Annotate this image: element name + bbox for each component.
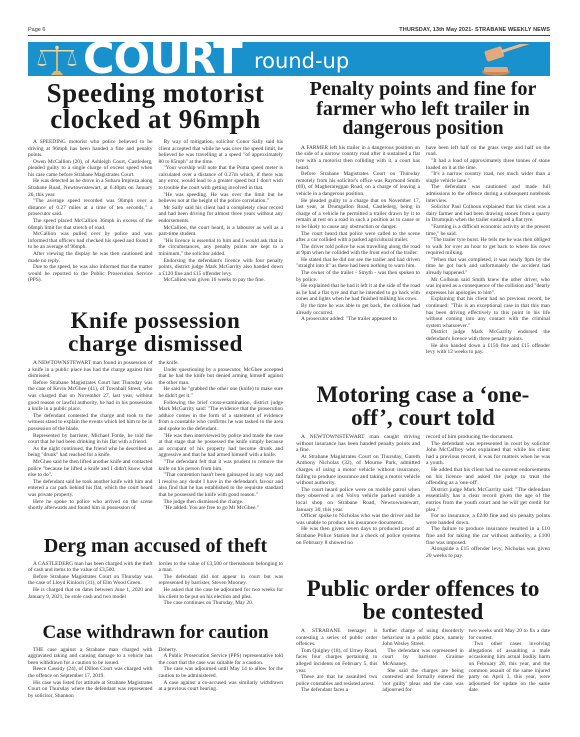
paragraph: Mr Colhoun said Smith knew the other dri… <box>426 277 550 297</box>
paragraph: "He was speeding. He was over the limit … <box>159 192 284 205</box>
paragraph: Explaining that his client had no previo… <box>426 296 550 329</box>
column-2: the knife. Under questioning by a prosec… <box>159 360 284 512</box>
paragraph: Represented by barrister, Michael Forde,… <box>28 433 153 446</box>
paragraph: The defendant was represented in court b… <box>382 648 463 668</box>
scales-of-justice-icon <box>36 44 78 76</box>
gavel-icon <box>478 44 538 76</box>
section-banner: COURT round-up <box>28 42 550 76</box>
paragraph: "It had a load of approximately three to… <box>426 158 550 171</box>
paragraph: the knife. <box>159 360 284 367</box>
article-farmer: Penalty points and fine for farmer who l… <box>296 80 550 356</box>
paragraph: District judge Mark McGarrity endorsed t… <box>426 329 550 342</box>
paragraph: Due to the speed, he was also informed t… <box>28 264 153 284</box>
paragraph: He also handed down a £150 fine and £15 … <box>426 343 550 356</box>
paragraph: "The defendant felt that it was prudent … <box>159 459 284 472</box>
paragraph: Tom Quigley (18), of Urney Road, faces f… <box>296 648 377 674</box>
paragraph: A case against a co-accused was similarl… <box>159 680 284 693</box>
paragraph: The defendant said he took another knife… <box>28 479 153 499</box>
paragraph: McCallion was given 16 weeks to pay the … <box>159 277 284 284</box>
paragraph: He said he "grabbed the other one (knife… <box>159 386 284 399</box>
paragraph: The defendant did not appear in court bu… <box>159 574 284 587</box>
paragraph: A prosecutor added: "The trailer appeare… <box>296 316 420 323</box>
paragraph: The court heard that police were called … <box>296 231 420 244</box>
column-1: THE case against a Strabane man charged … <box>28 647 153 700</box>
paragraph: A CASTLEDERG man has been charged with t… <box>28 561 153 574</box>
paragraph: Mr Sally said his client had a completel… <box>159 205 284 225</box>
dateline: THURSDAY, 13th May 2021- STRABANE WEEKLY… <box>399 27 550 33</box>
paragraph: The failure to produce insurance resulte… <box>426 526 550 546</box>
paragraph: The defendant contested the charge and t… <box>28 413 153 433</box>
column-1: A FARMER left his trailer in a dangerous… <box>296 145 420 356</box>
paragraph: further charge of using disorderly behav… <box>382 628 463 648</box>
paragraph: "His licence is essential to him and I w… <box>159 238 284 258</box>
headline-knife: Knife possession charge dismissed <box>28 310 283 355</box>
paragraph: The driver told police he was travelling… <box>296 244 420 257</box>
paragraph: He was detected as he drove in a Subaru … <box>28 178 153 198</box>
paragraph: His case was listed for attitude at Stra… <box>28 680 153 700</box>
paragraph: Officer spoke to Nicholas who was the dr… <box>296 513 420 526</box>
paragraph: A Public Prosecution Service (PPS) repre… <box>159 653 284 666</box>
paragraph: He explained that he had it left it at t… <box>296 283 420 303</box>
paragraph: After viewing the display he was then ca… <box>28 251 153 264</box>
paragraph: McCallion was pulled over by police and … <box>28 231 153 251</box>
paragraph: The owner of the trailer - Smyth - was t… <box>296 270 420 283</box>
paragraph: He is charged that on dates between June… <box>28 587 153 600</box>
paragraph: "He added: You are free to go Mr McGhee.… <box>159 505 284 512</box>
article-caution: Case withdrawn for caution THE case agai… <box>28 624 283 699</box>
paragraph: He added that his client had no current … <box>426 467 550 487</box>
paragraph: Owen McCallion (20), of Ashleigh Court, … <box>28 159 153 179</box>
paragraph: have been left half on the grass verge a… <box>426 145 550 158</box>
headline-speeding: Speeding motorist clocked at 96mph <box>28 80 283 133</box>
paragraph: two weeks until May 20 to fix a date for… <box>469 628 550 641</box>
page-header: Page 6 THURSDAY, 13th May 2021- STRABANE… <box>28 26 550 36</box>
paragraph: District judge Mark McGarrity said: "The… <box>426 487 550 513</box>
article-public-order: Public order offences to be contested A … <box>296 578 550 694</box>
column-1: A SPEEDING motorist who police believed … <box>28 139 153 284</box>
article-knife: Knife possession charge dismissed A NEWT… <box>28 310 283 512</box>
headline-farmer: Penalty points and fine for farmer who l… <box>296 80 550 139</box>
paragraph: The defendant faces a <box>296 687 377 694</box>
banner-title: COURT <box>83 42 242 76</box>
headline-derg: Derg man accused of theft <box>28 537 283 557</box>
paragraph: As the night continued, the friend who h… <box>28 446 153 459</box>
paragraph: McCallion, the court heard, is a laboure… <box>159 225 284 238</box>
paragraph: Before Strabane Magistrates Court on Thu… <box>296 171 420 197</box>
paragraph: "The average speed recorded was 96mph ov… <box>28 198 153 218</box>
paragraph: Two other cases involving allegations of… <box>469 641 550 694</box>
paragraph: "Farming is a difficult economic activit… <box>426 224 550 237</box>
paragraph: He stated that he did not see the traile… <box>296 257 420 270</box>
headline-motoring: Motoring case a ‘one-off’, court told <box>296 384 550 429</box>
paragraph: A STRABANE teenager is contesting a seri… <box>296 628 377 648</box>
paragraph: A FARMER left his trailer in a dangerous… <box>296 145 420 171</box>
newspaper-page: Page 6 THURSDAY, 13th May 2021- STRABANE… <box>0 0 580 737</box>
paragraph: These are that he assaulted two police c… <box>296 674 377 687</box>
column-1: A CASTLEDERG man has been charged with t… <box>28 561 153 607</box>
paragraph: "He was then interviewed by police and m… <box>159 433 284 459</box>
paragraph: lorries to the value of £3,500 or therea… <box>159 561 284 574</box>
column-1: A NEWTOWNSTEWART man found in possession… <box>28 360 153 512</box>
paragraph: Before Strabane Magistrates Court last T… <box>28 380 153 413</box>
paragraph: Reece Cassidy (24), of Dillon Court was … <box>28 666 153 679</box>
column-3: two weeks until May 20 to fix a date for… <box>469 628 550 694</box>
paragraph: She said the charges are being contested… <box>382 668 463 694</box>
paragraph: He was then given seven days to produced… <box>296 526 420 546</box>
column-2: further charge of using disorderly behav… <box>382 628 463 694</box>
paragraph: The defendant was cautioned and made ful… <box>426 184 550 204</box>
page-number: Page 6 <box>28 27 45 33</box>
paragraph: "It's a narrow country road, not much wi… <box>426 171 550 184</box>
paragraph: A NEWTOWNSTEWART man found in possession… <box>28 360 153 380</box>
paragraph: record of him producing the document. <box>426 434 550 441</box>
paragraph: Before Strabane Magistrates Court on Thu… <box>28 574 153 587</box>
article-speeding: Speeding motorist clocked at 96mph A SPE… <box>28 80 283 284</box>
paragraph: Endorsing the defendant's licence with f… <box>159 258 284 278</box>
paragraph: "The trailer tyre burst. He tells me he … <box>426 237 550 257</box>
paragraph: McGhee said he then lifted another knife… <box>28 459 153 479</box>
column-2: By way of mitigation, solicitor Conor Sa… <box>159 139 284 284</box>
paragraph: Under questioning by a prosecutor, McGhe… <box>159 367 284 387</box>
paragraph: "Your worship will note that the Puma sp… <box>159 165 284 191</box>
paragraph: "When that was completed, it was nearly … <box>426 257 550 277</box>
article-motoring: Motoring case a ‘one-off’, court told A … <box>296 384 550 559</box>
paragraph: The defendant was represented in court b… <box>426 441 550 467</box>
paragraph: The court heard police were on mobile pa… <box>296 487 420 513</box>
column-2: record of him producing the document. Th… <box>426 434 550 559</box>
banner-subtitle: round-up <box>254 47 349 75</box>
paragraph: THE case against a Strabane man charged … <box>28 647 153 667</box>
paragraph: He asked that the case be adjourned for … <box>159 587 284 600</box>
paragraph: Solicitor Paul Colhoun explained that hi… <box>426 204 550 224</box>
column-1: A NEWTOWNSTEWART man caught driving with… <box>296 434 420 559</box>
paragraph: Alongside a £15 offender levy, Nicholas … <box>426 546 550 559</box>
paragraph: A NEWTOWNSTEWART man caught driving with… <box>296 434 420 454</box>
paragraph: A SPEEDING motorist who police believed … <box>28 139 153 159</box>
column-2: lorries to the value of £3,500 or therea… <box>159 561 284 607</box>
column-2: have been left half on the grass verge a… <box>426 145 550 356</box>
paragraph: Here he spoke to police who arrived on t… <box>28 499 153 512</box>
paragraph: He pleaded guilty to a charge that on No… <box>296 198 420 231</box>
article-derg: Derg man accused of theft A CASTLEDERG m… <box>28 537 283 607</box>
headline-public-order: Public order offences to be contested <box>296 578 550 623</box>
paragraph: For no insurance, a £240 fine and six pe… <box>426 513 550 526</box>
column-1: A STRABANE teenager is contesting a seri… <box>296 628 377 694</box>
paragraph: The speed placed McCallion 36mph in exce… <box>28 218 153 231</box>
paragraph: By the time he was able to get back, the… <box>296 303 420 316</box>
paragraph: Following the brief cross-examination, d… <box>159 400 284 433</box>
paragraph: The case continues on Thursday, May 20. <box>159 600 284 607</box>
paragraph: The case was adjourned until May 14 to a… <box>159 666 284 679</box>
paragraph: "That contention hasn't been gainsayed i… <box>159 472 284 498</box>
column-2: Doherty. A Public Prosecution Service (P… <box>159 647 284 700</box>
paragraph: By way of mitigation, solicitor Conor Sa… <box>159 139 284 165</box>
headline-caution: Case withdrawn for caution <box>28 624 283 643</box>
paragraph: At Strabane Magistrates Court on Thursda… <box>296 454 420 487</box>
